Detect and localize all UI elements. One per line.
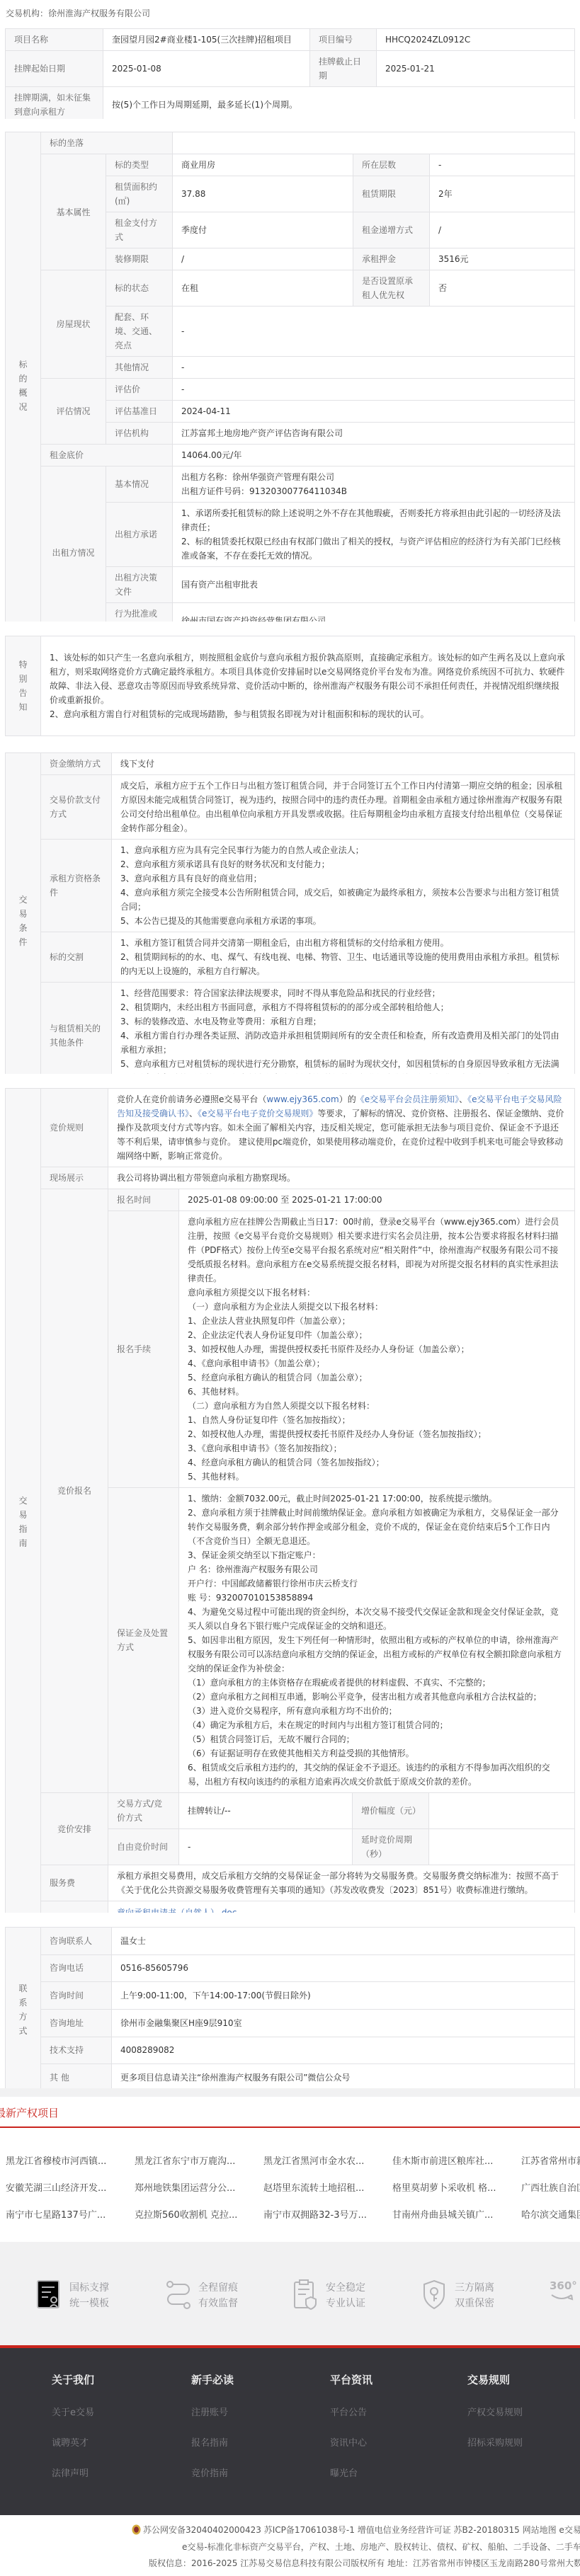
- listing-start-label: 挂牌起始日期: [6, 51, 103, 87]
- payment-method-label: 交易价款支付方式: [41, 775, 112, 840]
- floor-price-value: 14064.00元/年: [173, 445, 575, 466]
- feature-text: 三方隔离: [455, 2280, 494, 2296]
- footer-link[interactable]: 注册账号: [191, 2405, 228, 2418]
- project-link[interactable]: 黑龙江省黑河市金水农...: [263, 2153, 389, 2167]
- listing-start-value: 2025-01-08: [103, 51, 310, 87]
- other-status-label: 其他情况: [106, 357, 173, 379]
- target-type-value: 商业用房: [173, 154, 353, 176]
- rent-increase-label: 租金递增方式: [353, 212, 430, 248]
- contact-person-label: 咨询联系人: [41, 1928, 112, 1955]
- deposit-disposal-label: 保证金及处置方式: [108, 1488, 179, 1793]
- lessor-promise-label: 出租方承诺: [106, 503, 173, 567]
- signup-section-label: 竞价报名: [41, 1189, 108, 1793]
- approve-org-value: 徐州市国有资产投资经营集团有限公司: [173, 603, 575, 622]
- trading-institution-label: 交易机构：徐州淮海产权服务有限公司: [6, 7, 150, 19]
- feature-item: 国标支撑统一模板: [35, 2279, 62, 2314]
- project-link[interactable]: 江苏省常州市新: [521, 2153, 580, 2167]
- special-notice-table: 特别告知 1、该处标的如只产生一名意向承租方，则按照租金底价与意向承租方报价孰高…: [5, 636, 575, 736]
- footer-link[interactable]: 法律声明: [52, 2466, 89, 2479]
- contact-other-value: 更多项目信息请关注“徐州淮海产权服务有限公司”微信公众号: [112, 2064, 575, 2092]
- eval-price-label: 评估价: [106, 379, 173, 401]
- eval-date-label: 评估基准日: [106, 401, 173, 423]
- project-link[interactable]: 格里莫胡萝卜采收机 格...: [392, 2180, 518, 2194]
- project-link[interactable]: 安徽芜湖三山经济开发...: [6, 2180, 132, 2194]
- 360-degree-icon: 360°: [550, 2279, 577, 2303]
- contact-phone-value: 0516-85605796: [112, 1954, 575, 1982]
- target-status-value: 在租: [173, 270, 353, 307]
- tech-support-label: 技术支持: [41, 2037, 112, 2064]
- delivery-value: 1、承租方签订租赁合同并交清第一期租金后，由出租方将租赁标的交付给承租方使用。 …: [112, 932, 575, 983]
- bid-rules-text: 竞价人在竞价前请务必遵照e交易平台（: [117, 1094, 266, 1104]
- bidding-rules-link[interactable]: 《e交易平台电子竞价交易规则》: [198, 1109, 317, 1118]
- priority-value: 否: [430, 270, 575, 307]
- feature-text: 统一模板: [69, 2296, 109, 2311]
- area-value: 37.88: [173, 176, 353, 212]
- deposit-label: 承租押金: [353, 248, 430, 270]
- basic-attr-label: 基本属性: [41, 154, 106, 270]
- floor-value: -: [430, 154, 575, 176]
- project-code-label: 项目编号: [310, 29, 377, 51]
- term-value: 2年: [430, 176, 575, 212]
- location-value: [173, 132, 575, 154]
- contact-addr-label: 咨询地址: [41, 2009, 112, 2037]
- copyright-footer: 苏公网安备32040402000423 苏ICP备17061038号-1 增值电…: [0, 2515, 580, 2576]
- project-link[interactable]: 南宁市双拥路32-3号万...: [263, 2207, 389, 2221]
- eval-section-label: 评估情况: [41, 379, 106, 445]
- facility-value: -: [173, 307, 575, 357]
- facility-label: 配套、环境、交通、亮点: [106, 307, 173, 357]
- rent-pay-value: 季度付: [173, 212, 353, 248]
- feature-text: 全程留痕: [198, 2280, 238, 2296]
- project-name-label: 项目名称: [6, 29, 103, 51]
- contact-phone-label: 咨询电话: [41, 1954, 112, 1982]
- footer-link[interactable]: 资讯中心: [330, 2435, 367, 2449]
- extend-rule-label: 挂牌期满，如未征集到意向承租方: [6, 87, 103, 120]
- footer-heading: 新手必读: [191, 2372, 234, 2387]
- project-link[interactable]: 哈尔滨交通集团: [521, 2207, 580, 2221]
- lessor-promise-value: 1、承诺所委托租赁标的除上述说明之外不存在其他瑕疵，否则委托方将承担由此引起的一…: [173, 503, 575, 567]
- document-stamp-icon: [35, 2279, 62, 2311]
- lessor-doc-value: 国有资产出租审批表: [173, 567, 575, 603]
- attachment-doc-natural-person[interactable]: 意向承租申请书（自然人）.doc: [117, 1905, 566, 1913]
- decor-term-value: /: [173, 248, 353, 270]
- project-link[interactable]: 甘南州舟曲县城关镇广...: [392, 2207, 518, 2221]
- floor-label: 所在层数: [353, 154, 430, 176]
- section-label-target-overview: 标的概况: [6, 132, 41, 622]
- floor-price-label: 租金底价: [41, 445, 173, 466]
- section-label-trade-conditions: 交易条件: [6, 753, 41, 1075]
- trade-guide-table: 交易指南 竞价规则 竞价人在竞价前请务必遵照e交易平台（www.ejy365.c…: [5, 1088, 575, 1913]
- lessor-section-label: 出租方情况: [41, 466, 106, 622]
- decor-term-label: 装修期限: [106, 248, 173, 270]
- feature-item: 全程留痕有效监督: [164, 2279, 193, 2314]
- project-link[interactable]: 郑州地铁集团运营分公...: [135, 2180, 261, 2194]
- approve-org-label: 行为批准或备案机构: [106, 603, 173, 622]
- contact-time-value: 上午9:00-11:00，下午14:00-17:00(节假日除外): [112, 1982, 575, 2010]
- latest-projects-section: 最新产权项目 黑龙江省穆棱市河西镇... 黑龙江省东宁市万鹿沟... 黑龙江省黑…: [0, 2097, 580, 2242]
- bid-rules-label: 竞价规则: [41, 1089, 108, 1167]
- location-label: 标的坐落: [41, 132, 173, 154]
- section-label-special-notice: 特别告知: [6, 636, 41, 736]
- other-conditions-label: 与租赁相关的其他条件: [41, 983, 112, 1075]
- latest-projects-title: 最新产权项目: [0, 2105, 59, 2120]
- free-bid-time-label: 自由竞价时间: [108, 1829, 179, 1865]
- footer-link[interactable]: 产权交易规则: [467, 2405, 523, 2418]
- project-link[interactable]: 南宁市七星路137号广...: [6, 2207, 132, 2221]
- contact-table: 联系方式 咨询联系人 温女士 咨询电话 0516-85605796 咨询时间 上…: [5, 1927, 575, 2092]
- feature-text: 有效监督: [198, 2296, 238, 2311]
- project-link[interactable]: 克拉斯560收割机 克拉...: [135, 2207, 261, 2221]
- delay-cycle-value: [429, 1829, 575, 1865]
- fund-method-value: 线下支付: [112, 753, 575, 775]
- other-conditions-value: 1、经营范围要求：符合国家法律法规要求，同时不得从事危险品和扰民的行业经营； 2…: [112, 983, 575, 1075]
- rent-pay-label: 租金支付方式: [106, 212, 173, 248]
- increment-value: [429, 1793, 575, 1829]
- project-name-value: 奎园望月园2#商业楼1-105(三次挂牌)招租项目: [103, 29, 310, 51]
- feature-text: 专业认证: [326, 2296, 365, 2311]
- footer-heading: 交易规则: [467, 2372, 510, 2387]
- eval-org-value: 江苏富邦土地房地产资产评估咨询有限公司: [173, 423, 575, 445]
- feature-item: 360° 展类: [550, 2279, 577, 2314]
- eval-price-value: -: [173, 379, 575, 401]
- bid-rules-value: 竞价人在竞价前请务必遵照e交易平台（www.ejy365.com）的《e交易平台…: [108, 1089, 575, 1167]
- fund-method-label: 资金缴纳方式: [41, 753, 112, 775]
- trade-conditions-table: 交易条件 资金缴纳方式 线下支付 交易价款支付方式 成交后，承租方应于五个工作日…: [5, 752, 575, 1074]
- contact-time-label: 咨询时间: [41, 1982, 112, 2010]
- rent-increase-value: /: [430, 212, 575, 248]
- footer-link[interactable]: 招标采购规则: [467, 2435, 523, 2449]
- house-status-label: 房屋现状: [41, 270, 106, 379]
- section-label-contact: 联系方式: [6, 1928, 41, 2092]
- footer-link[interactable]: 诚聘英才: [52, 2435, 89, 2449]
- project-code-value: HHCQ2024ZL0912C: [377, 29, 575, 51]
- attachment-label: 附件下载: [41, 1901, 108, 1913]
- deposit-disposal-value: 1、缴纳：金额7032.00元，截止时间2025-01-21 17:00:00，…: [179, 1488, 575, 1793]
- section-label-trade-guide: 交易指南: [6, 1089, 41, 1913]
- platform-features-strip: 国标支撑统一模板 全程留痕有效监督 安全稳定专业认证 三方隔离双重保密 360°…: [0, 2242, 580, 2345]
- signup-procedure-label: 报名手续: [108, 1211, 179, 1488]
- qualification-label: 承租方资格条件: [41, 840, 112, 932]
- red-underline: [0, 2126, 580, 2128]
- site-show-label: 现场展示: [41, 1167, 108, 1189]
- bid-arrange-label: 竞价安排: [41, 1793, 108, 1865]
- member-register-notice-link[interactable]: 《e交易平台会员注册须知》: [356, 1094, 459, 1104]
- feature-item: 三方隔离双重保密: [421, 2279, 448, 2314]
- clipboard-shield-icon: [292, 2279, 320, 2311]
- eval-date-value: 2024-04-11: [173, 401, 575, 423]
- route-trace-icon: [164, 2279, 193, 2311]
- tech-support-value: 4008289082: [112, 2037, 575, 2064]
- payment-method-value: 成交后，承租方应于五个工作日与出租方签订租赁合同，并于合同签订五个工作日内付清第…: [112, 775, 575, 840]
- shield-key-icon: [421, 2279, 448, 2311]
- divider-band: [0, 2088, 580, 2097]
- contact-other-label: 其 他: [41, 2064, 112, 2092]
- footer-link[interactable]: 平台公告: [330, 2405, 367, 2418]
- area-label: 租赁面积约(㎡): [106, 176, 173, 212]
- copyright-line: 版权信息：2016-2025 江苏易交易信息科技有限公司版权所有 地址：江苏省常…: [149, 2557, 580, 2569]
- eval-org-label: 评估机构: [106, 423, 173, 445]
- feature-text: 国标支撑: [69, 2280, 109, 2296]
- feature-item: 安全稳定专业认证: [292, 2279, 320, 2314]
- other-status-value: -: [173, 357, 575, 379]
- footer-link[interactable]: 关于e交易: [52, 2405, 94, 2418]
- free-bid-time-value: -: [179, 1829, 353, 1865]
- qualification-value: 1、意向承租方应为具有完全民事行为能力的自然人或企业法人； 2、意向承租方须承诺…: [112, 840, 575, 932]
- lessor-basic-label: 基本情况: [106, 466, 173, 503]
- trade-mode-label: 交易方式/竞价方式: [108, 1793, 179, 1829]
- footer-link[interactable]: 竞价指南: [191, 2466, 228, 2479]
- icp-line: 苏公网安备32040402000423 苏ICP备17061038号-1 增值电…: [132, 2524, 580, 2537]
- contact-addr-value: 徐州市金融集聚区H座9层910室: [112, 2009, 575, 2037]
- feature-text: 安全稳定: [326, 2280, 365, 2296]
- target-type-label: 标的类型: [106, 154, 173, 176]
- target-overview-table: 标的概况 标的坐落 基本属性 标的类型 商业用房 所在层数 - 租赁面积约(㎡)…: [5, 132, 575, 622]
- increment-label: 增价幅度（元）: [353, 1793, 429, 1829]
- ejy365-link[interactable]: www.ejy365.com: [266, 1094, 339, 1104]
- special-notice-content: 1、该处标的如只产生一名意向承租方，则按照租金底价与意向承租方报价孰高原则，直接…: [41, 636, 575, 736]
- contact-person-value: 温女士: [112, 1928, 575, 1955]
- extend-rule-value: 按(5)个工作日为周期延期，最多延长(1)个周期。: [103, 87, 575, 120]
- site-show-value: 我公司将协调出租方带领意向承租方勘察现场。: [108, 1167, 575, 1189]
- lessor-doc-label: 出租方决策文件: [106, 567, 173, 603]
- signup-time-value: 2025-01-08 09:00:00 至 2025-01-21 17:00:0…: [179, 1189, 575, 1211]
- listing-end-label: 挂牌截止日期: [310, 51, 377, 87]
- project-link[interactable]: 佳木斯市前进区粮库社...: [392, 2153, 518, 2167]
- delay-cycle-label: 延时竞价周期（秒）: [353, 1829, 429, 1865]
- footer-link[interactable]: 报名指南: [191, 2435, 228, 2449]
- delivery-label: 标的交割: [41, 932, 112, 983]
- project-link[interactable]: 黑龙江省穆棱市河西镇...: [6, 2153, 132, 2167]
- priority-label: 是否设置原承租人优先权: [353, 270, 430, 307]
- service-fee-label: 服务费: [41, 1865, 108, 1901]
- trade-mode-value: 挂牌转让/--: [179, 1793, 353, 1829]
- site-footer: 关于我们 关于e交易 诚聘英才 法律声明 新手必读 注册账号 报名指南 竞价指南…: [0, 2348, 580, 2515]
- police-badge-icon: [132, 2524, 141, 2537]
- attachment-list: 意向承租申请书（自然人）.doc 意向承租申请书（法人）.doc 租赁合同模板.…: [108, 1901, 575, 1913]
- signup-time-label: 报名时间: [108, 1189, 179, 1211]
- platform-desc-line: e交易-标准化非标资产交易平台，产权、土地、房地产、股权转让、债权、矿权、船舶、…: [182, 2541, 580, 2553]
- footer-heading: 关于我们: [52, 2372, 94, 2387]
- feature-text: 双重保密: [455, 2296, 494, 2311]
- listing-end-value: 2025-01-21: [377, 51, 575, 87]
- project-info-table: 项目名称 奎园望月园2#商业楼1-105(三次挂牌)招租项目 项目编号 HHCQ…: [5, 28, 575, 119]
- project-link[interactable]: 黑龙江省东宁市万鹿沟...: [135, 2153, 261, 2167]
- project-link[interactable]: 赵塔里东流转土地招租...: [263, 2180, 389, 2194]
- lessor-basic-value: 出租方名称：徐州华强资产管理有限公司 出租方证件号码：9132030077641…: [173, 466, 575, 503]
- footer-heading: 平台资讯: [330, 2372, 373, 2387]
- service-fee-value: 承租方承担交易费用，成交后承租方交纳的交易保证金一部分将转为交易服务费。交易服务…: [108, 1865, 575, 1901]
- signup-procedure-value: 意向承租方应在挂牌公告期截止当日17：00时前，登录e交易平台（www.ejy3…: [179, 1211, 575, 1488]
- footer-link[interactable]: 曝光台: [330, 2466, 358, 2479]
- term-label: 租赁期限: [353, 176, 430, 212]
- project-link[interactable]: 广西壮族自治区: [521, 2180, 580, 2194]
- target-status-label: 标的状态: [106, 270, 173, 307]
- deposit-value: 3516元: [430, 248, 575, 270]
